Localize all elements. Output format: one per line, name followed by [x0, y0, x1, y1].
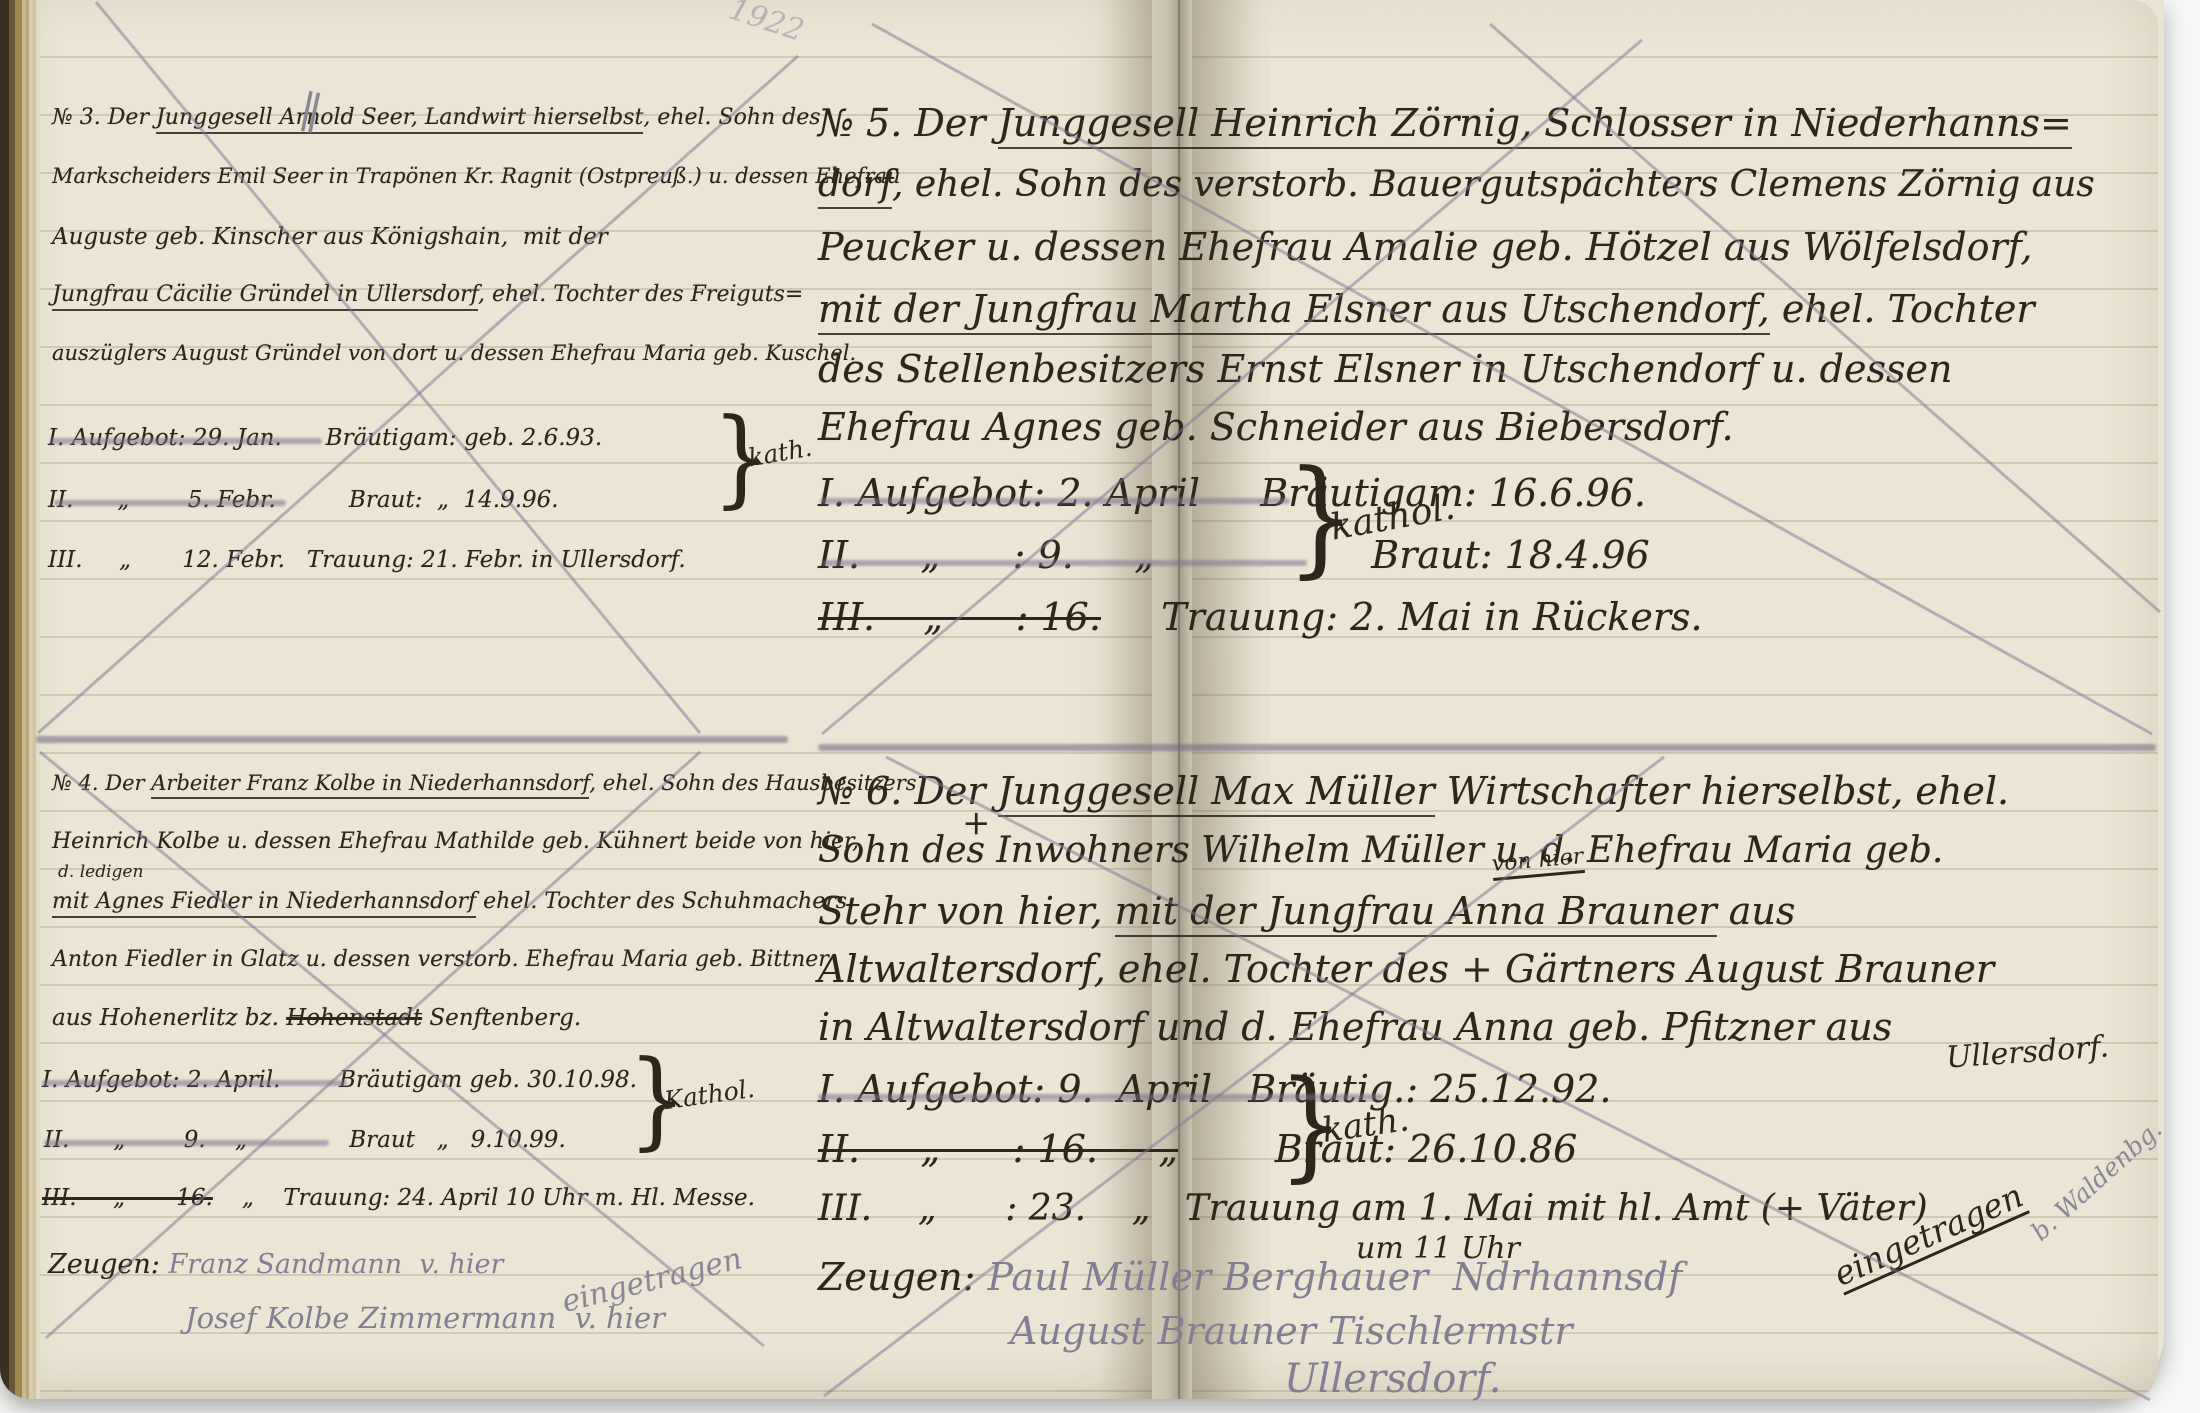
- pencil-strike: [44, 1140, 329, 1146]
- book-spine: [0, 0, 40, 1399]
- register-line: II. „ : 9. „ Braut: 18.4.96: [818, 532, 1650, 580]
- register-line: Zeugen: Paul Müller Berghauer Ndrhannsdf: [818, 1254, 1682, 1302]
- register-text: ehel. Tochter: [1770, 287, 2035, 331]
- register-line: III. „ 16. „ Trauung: 24. April 10 Uhr m…: [42, 1184, 755, 1213]
- register-text: I. Aufgebot: 9. April Bräutig.: 25.12.92…: [818, 1067, 1611, 1111]
- register-text: Peucker u. dessen Ehefrau Amalie geb. Hö…: [818, 225, 2032, 269]
- register-line: Jungfrau Cäcilie Gründel in Ullersdorf, …: [52, 281, 803, 309]
- register-text: mit der Jungfrau Anna Brauner: [1115, 889, 1717, 937]
- register-line: mit Agnes Fiedler in Niederhannsdorf ehe…: [52, 888, 847, 916]
- annotation: +: [962, 806, 991, 840]
- register-text: Zeugen:: [48, 1249, 168, 1280]
- register-text: Junggesell Heinrich Zörnig, Schlosser in…: [998, 101, 2072, 149]
- register-text: Wirtschafter hierselbst, ehel.: [1435, 769, 2009, 813]
- register-text: № 4. Der: [52, 771, 151, 795]
- register-text: Hohenstadt: [286, 1005, 422, 1031]
- register-text: mit Agnes Fiedler in Niederhannsdorf: [52, 889, 476, 918]
- register-text: , ehel. Tochter des Freiguts=: [478, 282, 803, 307]
- register-line: auszüglers August Gründel von dort u. de…: [52, 340, 856, 366]
- register-line: Ehefrau Agnes geb. Schneider aus Biebers…: [818, 404, 1734, 452]
- register-text: Heinrich Kolbe u. dessen Ehefrau Mathild…: [52, 829, 859, 854]
- pencil-strike: [50, 438, 322, 444]
- register-text: № 3. Der: [52, 105, 156, 130]
- register-text: № 5. Der: [818, 101, 998, 145]
- register-line: Altwaltersdorf, ehel. Tochter des + Gärt…: [818, 946, 1994, 994]
- register-text: Arbeiter Franz Kolbe in Niederhannsdorf: [151, 771, 589, 799]
- register-line: Anton Fiedler in Glatz u. dessen verstor…: [52, 946, 829, 974]
- register-text: Franz Sandmann v. hier: [168, 1249, 503, 1280]
- register-line: III. „ : 23. „ Trauung am 1. Mai mit hl.…: [818, 1186, 1928, 1231]
- register-line: dorf, ehel. Sohn des verstorb. Bauerguts…: [818, 162, 2095, 207]
- register-text: Senftenberg.: [422, 1005, 581, 1031]
- register-text: mit der Jungfrau Martha Elsner aus Utsch…: [818, 287, 1770, 335]
- register-text: Trauung: 2. Mai in Rückers.: [1101, 595, 1703, 639]
- register-line: II. „ : 16. „ Braut: 26.10.86: [818, 1126, 1577, 1174]
- register-text: Altwaltersdorf, ehel. Tochter des + Gärt…: [818, 947, 1994, 991]
- pencil-strike: [822, 560, 1307, 566]
- register-text: I. Aufgebot: 2. April Bräutigam: 16.6.96…: [818, 471, 1646, 515]
- register-text: August Brauner Tischlermstr: [1010, 1309, 1573, 1353]
- register-text: , ehel. Sohn des: [643, 105, 820, 130]
- pencil-strike: [820, 498, 1290, 504]
- entry-divider: [818, 744, 2156, 751]
- register-text: II. „ : 16. „: [818, 1127, 1178, 1171]
- register-text: III. „ 16.: [42, 1185, 213, 1211]
- pencil-strike: [54, 500, 286, 506]
- register-text: Auguste geb. Kinscher aus Königshain, mi…: [52, 224, 608, 250]
- register-text: Paul Müller Berghauer Ndrhannsdf: [988, 1255, 1683, 1299]
- register-text: auszüglers August Gründel von dort u. de…: [52, 341, 856, 365]
- register-line: in Altwaltersdorf und d. Ehefrau Anna ge…: [818, 1004, 1892, 1052]
- annotation: um 11 Uhr: [1356, 1234, 1520, 1264]
- register-text: , ehel. Sohn des verstorb. Bauergutspäch…: [892, 164, 2095, 205]
- register-text: Zeugen:: [818, 1255, 988, 1299]
- register-line: des Stellenbesitzers Ernst Elsner in Uts…: [818, 346, 1952, 394]
- register-line: Stehr von hier, mit der Jungfrau Anna Br…: [818, 888, 1795, 936]
- register-line: Markscheiders Emil Seer in Trapönen Kr. …: [52, 163, 900, 189]
- register-text: Stehr von hier,: [818, 889, 1115, 933]
- register-line: Zeugen: Franz Sandmann v. hier: [48, 1248, 503, 1282]
- pencil-strike: [42, 1080, 347, 1086]
- entry-divider: [36, 736, 788, 743]
- register-line: III. „ 12. Febr. Trauung: 21. Febr. in U…: [48, 546, 686, 575]
- register-text: ehel. Tochter des Schuhmachers: [476, 889, 847, 914]
- register-line: № 6. Der Junggesell Max Müller Wirtschaf…: [818, 768, 2009, 816]
- register-line: Auguste geb. Kinscher aus Königshain, mi…: [52, 223, 608, 252]
- annotation: d. ledigen: [58, 864, 143, 881]
- register-text: aus: [1717, 889, 1796, 933]
- register-line: № 4. Der Arbeiter Franz Kolbe in Niederh…: [52, 770, 917, 796]
- register-text: II. „ : 9. „ Braut: 18.4.96: [818, 533, 1650, 577]
- register-text: Markscheiders Emil Seer in Trapönen Kr. …: [52, 164, 900, 188]
- register-line: № 3. Der Junggesell Arnold Seer, Landwir…: [52, 104, 821, 132]
- register-text: Junggesell Max Müller: [998, 769, 1435, 817]
- register-line: I. Aufgebot: 2. April Bräutigam: 16.6.96…: [818, 470, 1646, 518]
- register-text: Ehefrau Agnes geb. Schneider aus Biebers…: [818, 405, 1734, 449]
- register-text: Junggesell Arnold Seer, Landwirt hiersel…: [156, 105, 643, 134]
- register-text: aus Hohenerlitz bz.: [52, 1005, 286, 1031]
- notebook-photo: № 3. Der Junggesell Arnold Seer, Landwir…: [0, 0, 2200, 1413]
- register-line: I. Aufgebot: 9. April Bräutig.: 25.12.92…: [818, 1066, 1611, 1114]
- register-line: III. „ : 16. Trauung: 2. Mai in Rückers.: [818, 594, 1703, 642]
- register-text: Anton Fiedler in Glatz u. dessen verstor…: [52, 947, 829, 972]
- register-text: Ullersdorf.: [1284, 1356, 1502, 1402]
- register-text: Jungfrau Cäcilie Gründel in Ullersdorf: [52, 282, 478, 311]
- register-line: aus Hohenerlitz bz. Hohenstadt Senftenbe…: [52, 1004, 581, 1033]
- register-line: Peucker u. dessen Ehefrau Amalie geb. Hö…: [818, 224, 2032, 272]
- register-line: Heinrich Kolbe u. dessen Ehefrau Mathild…: [52, 828, 859, 856]
- pencil-strike: [818, 1094, 1383, 1100]
- register-text: dorf: [818, 164, 892, 209]
- register-line: mit der Jungfrau Martha Elsner aus Utsch…: [818, 286, 2035, 334]
- register-text: III. „ : 16.: [818, 595, 1101, 639]
- register-line: № 5. Der Junggesell Heinrich Zörnig, Sch…: [818, 100, 2072, 148]
- register-text: „ Trauung: 24. April 10 Uhr m. Hl. Messe…: [213, 1185, 755, 1211]
- register-text: in Altwaltersdorf und d. Ehefrau Anna ge…: [818, 1005, 1892, 1049]
- register-line: August Brauner Tischlermstr: [1010, 1308, 1573, 1356]
- register-text: III. „ : 23. „ Trauung am 1. Mai mit hl.…: [818, 1188, 1928, 1229]
- register-text: des Stellenbesitzers Ernst Elsner in Uts…: [818, 347, 1952, 391]
- register-line: Ullersdorf.: [1284, 1354, 1502, 1404]
- register-text: III. „ 12. Febr. Trauung: 21. Febr. in U…: [48, 547, 686, 573]
